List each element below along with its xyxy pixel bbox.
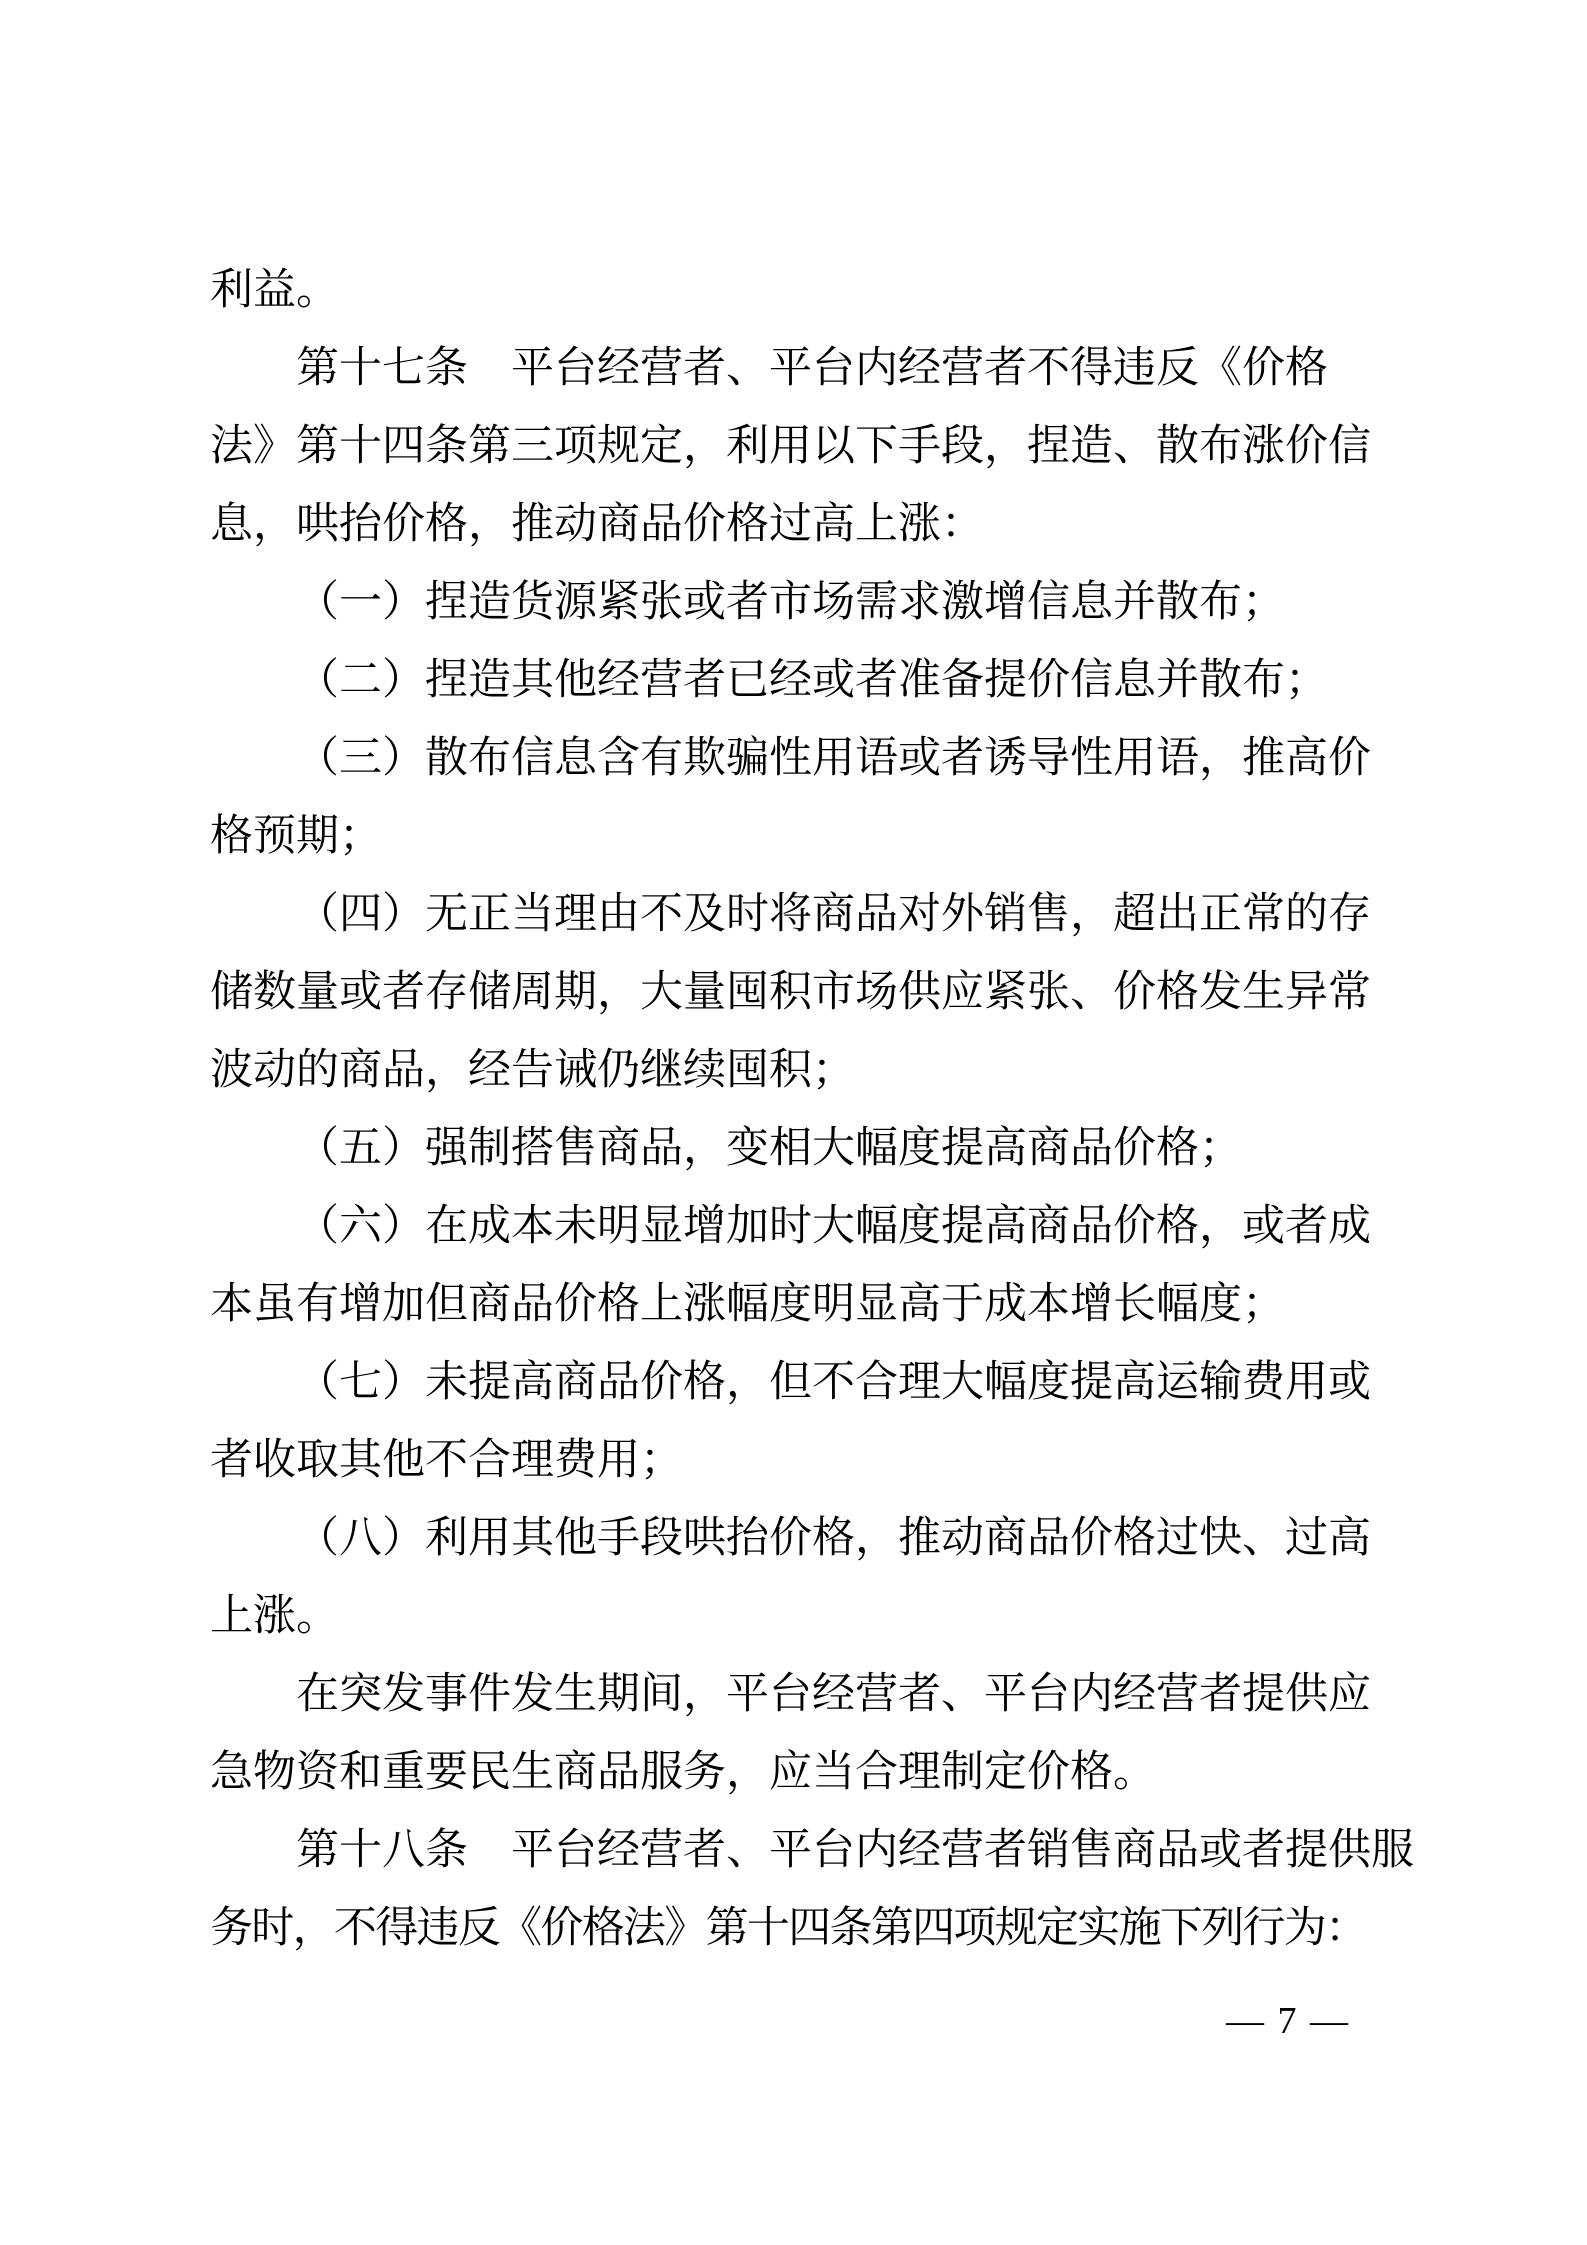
text-line-item-8: （八）利用其他手段哄抬价格，推动商品价格过快、过高 bbox=[210, 1499, 1380, 1577]
text-line-item-4: （四）无正当理由不及时将商品对外销售，超出正常的存 bbox=[210, 875, 1380, 953]
text-line: 在突发事件发生期间，平台经营者、平台内经营者提供应 bbox=[210, 1655, 1380, 1733]
text-line: 者收取其他不合理费用； bbox=[210, 1421, 1380, 1499]
text-line: 储数量或者存储周期，大量囤积市场供应紧张、价格发生异常 bbox=[210, 953, 1380, 1031]
text-line-item-1: （一）捏造货源紧张或者市场需求激增信息并散布； bbox=[210, 563, 1380, 641]
text-line-article-18: 第十八条 平台经营者、平台内经营者销售商品或者提供服 bbox=[210, 1811, 1380, 1889]
text-line-article-17: 第十七条 平台经营者、平台内经营者不得违反《价格 bbox=[210, 329, 1380, 407]
text-line-item-7: （七）未提高商品价格，但不合理大幅度提高运输费用或 bbox=[210, 1343, 1380, 1421]
text-line: 息，哄抬价格，推动商品价格过高上涨： bbox=[210, 485, 1380, 563]
text-line-item-2: （二）捏造其他经营者已经或者准备提价信息并散布； bbox=[210, 641, 1380, 719]
text-line-item-6: （六）在成本未明显增加时大幅度提高商品价格，或者成 bbox=[210, 1187, 1380, 1265]
text-line: 法》第十四条第三项规定，利用以下手段，捏造、散布涨价信 bbox=[210, 407, 1380, 485]
text-line: 上涨。 bbox=[210, 1577, 1380, 1655]
document-body: 利益。 第十七条 平台经营者、平台内经营者不得违反《价格 法》第十四条第三项规定… bbox=[210, 251, 1380, 1967]
text-line-item-5: （五）强制搭售商品，变相大幅度提高商品价格； bbox=[210, 1109, 1380, 1187]
document-page: 利益。 第十七条 平台经营者、平台内经营者不得违反《价格 法》第十四条第三项规定… bbox=[0, 0, 1587, 2245]
page-number: — 7 — bbox=[1226, 1999, 1350, 2043]
text-line: 急物资和重要民生商品服务，应当合理制定价格。 bbox=[210, 1733, 1380, 1811]
text-line: 本虽有增加但商品价格上涨幅度明显高于成本增长幅度； bbox=[210, 1265, 1380, 1343]
text-line-item-3: （三）散布信息含有欺骗性用语或者诱导性用语，推高价 bbox=[210, 719, 1380, 797]
text-line: 格预期； bbox=[210, 797, 1380, 875]
text-line: 利益。 bbox=[210, 251, 1380, 329]
text-line: 务时，不得违反《价格法》第十四条第四项规定实施下列行为： bbox=[210, 1889, 1380, 1967]
text-line: 波动的商品，经告诫仍继续囤积； bbox=[210, 1031, 1380, 1109]
